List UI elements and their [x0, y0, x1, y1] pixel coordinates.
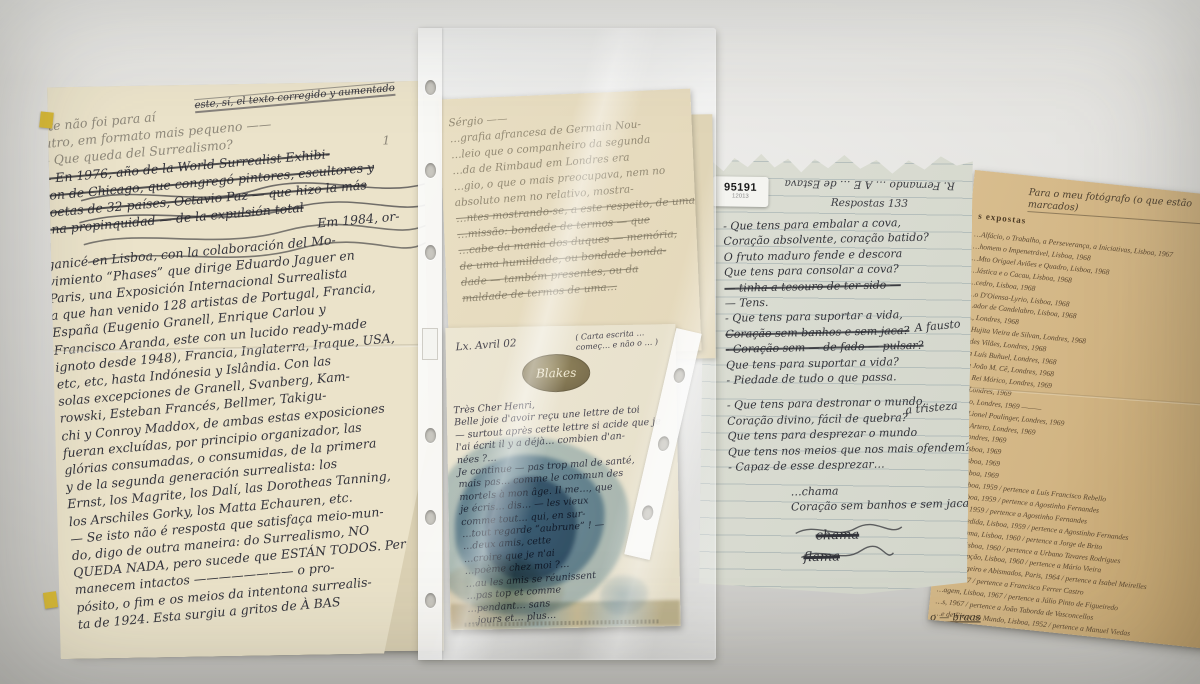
signature-scribble-overlay — [789, 517, 910, 579]
sleeve-gloss — [418, 28, 716, 660]
signature-scribble-2: flama — [803, 549, 840, 565]
sticker-number: 95191 — [724, 182, 757, 193]
plastic-sleeve: Sérgio ——…grafia afrancesa de Germain No… — [418, 28, 716, 660]
header-normal-text: Respostas 133 — [831, 197, 908, 210]
typed-page-handwritten-annotation: Para o meu fotógrafo (o que estão marcad… — [1027, 187, 1200, 225]
left-manuscript-page: este, sí, el texto corregido y aumentado… — [47, 81, 433, 659]
poem-lines: - Que tens para embalar a cova,Coração a… — [723, 214, 973, 517]
signature-scribble-1: chama — [816, 528, 860, 544]
manuscript-lines: este não foi para aíoutro, em formato ma… — [47, 87, 433, 633]
typed-page-bottom-note: o — braas — [930, 612, 981, 623]
lined-poem-draft-page: 95191 12013 R. Fernando … A E … de Estav… — [699, 144, 973, 596]
header-flipped-text: R. Fernando … A E … de Estava — [784, 177, 954, 191]
inventory-sticker: 95191 12013 — [712, 176, 768, 207]
photo-of-manuscripts: { "photo": { "backdrop_color": "#d8d7d3"… — [0, 0, 1200, 684]
typed-entries-list: …Alfácio, o Trabalho, a Perseverança, a … — [934, 228, 1200, 648]
sticker-sub-number: 12013 — [732, 194, 749, 201]
typed-page-title: s expostas — [978, 211, 1027, 226]
yellow-tape-bottom — [43, 591, 58, 609]
upside-down-header: R. Fernando … A E … de Estava Respostas … — [774, 171, 965, 212]
yellow-tape-top — [39, 111, 54, 128]
